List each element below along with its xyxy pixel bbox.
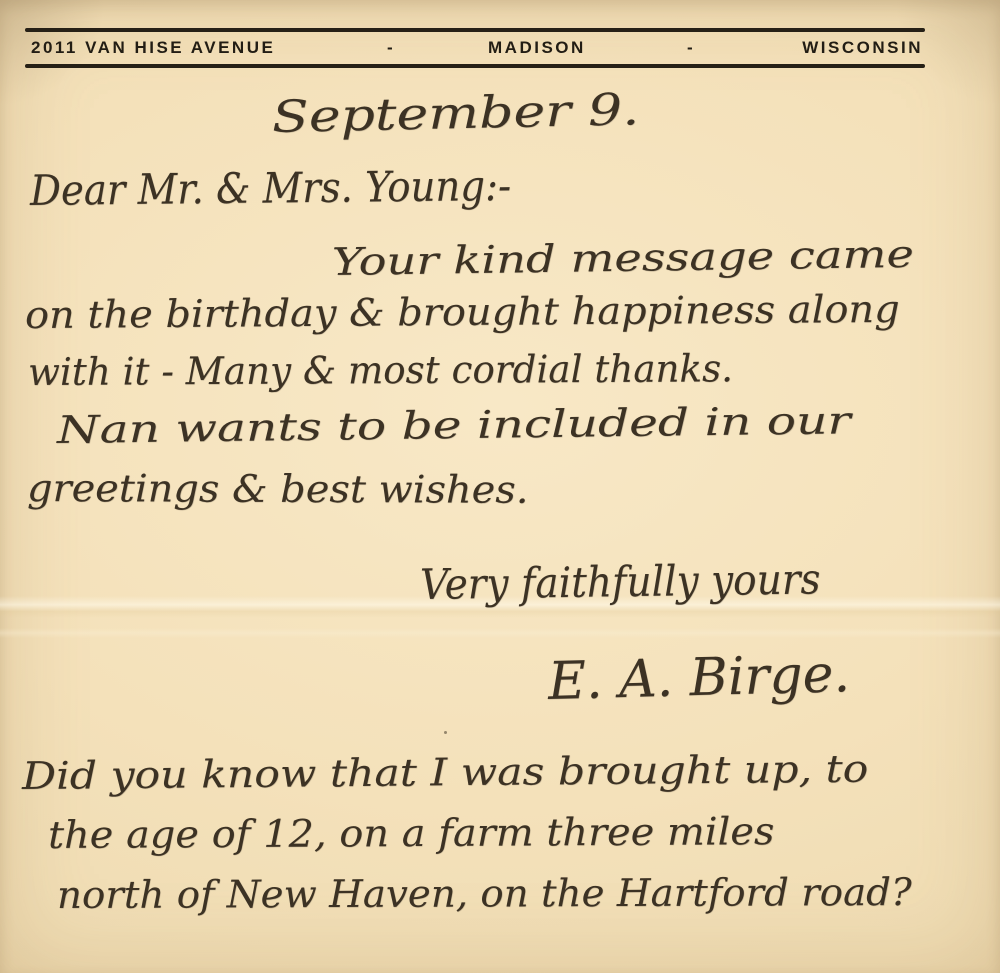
body-line: Nan wants to be included in our [57,398,851,452]
letterhead-address: 2011 VAN HISE AVENUE [31,38,275,58]
postscript-line: north of New Haven, on the Hartford road… [57,870,912,917]
ink-speck [444,731,447,734]
letterhead-text-row: 2011 VAN HISE AVENUE - MADISON - WISCONS… [25,32,925,64]
body-line: with it - Many & most cordial thanks. [28,346,733,394]
letterhead-separator-2: - [687,38,695,58]
letter-page: 2011 VAN HISE AVENUE - MADISON - WISCONS… [0,0,1000,973]
letterhead-rule-bottom [25,64,925,68]
fold-crease-secondary [0,628,1000,638]
body-line: greetings & best wishes. [27,466,529,512]
postscript-line: the age of 12, on a farm three miles [48,809,775,857]
date-line: September 9. [271,84,639,143]
closing-line: Very faithfully yours [420,554,821,609]
postscript-line: Did you know that I was brought up, to [22,747,869,798]
body-line: Your kind message came [332,232,914,284]
letterhead: 2011 VAN HISE AVENUE - MADISON - WISCONS… [25,28,925,68]
salutation-line: Dear Mr. & Mrs. Young:- [30,161,512,215]
signature-line: E. A. Birge. [547,644,850,712]
body-line: on the birthday & brought happiness alon… [25,287,900,337]
letterhead-city: MADISON [488,38,586,58]
letterhead-separator-1: - [387,38,395,58]
letterhead-state: WISCONSIN [802,38,923,58]
